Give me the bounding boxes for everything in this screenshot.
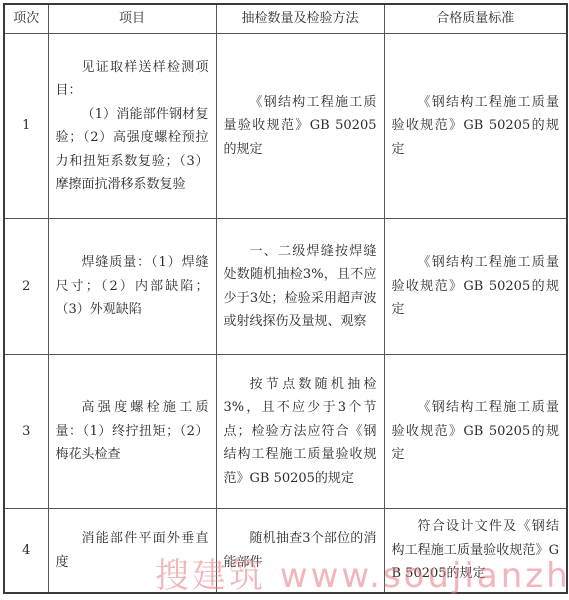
row-method: 随机抽查3个部位的消能部件 bbox=[216, 509, 384, 594]
standard-text: 符合设计文件及《钢结构工程施工质量验收规范》GB 50205的规定 bbox=[392, 515, 560, 586]
table-row: 2 焊缝质量：（1）焊缝尺寸；（2）内部缺陷；（3）外观缺陷 一、二级焊缝按焊缝… bbox=[4, 219, 567, 355]
item-paragraph: 见证取样送样检测项目： bbox=[56, 56, 209, 103]
row-standard: 《钢结构工程施工质量验收规范》GB 50205的规定 bbox=[384, 34, 567, 219]
row-method: 《钢结构工程施工质量验收规范》GB 50205的规定 bbox=[216, 34, 384, 219]
item-paragraph: 消能部件平面外垂直度 bbox=[56, 527, 209, 574]
row-standard: 《钢结构工程施工质量验收规范》GB 50205的规定 bbox=[384, 355, 567, 509]
row-number: 2 bbox=[4, 219, 48, 355]
method-text: 一、二级焊缝按焊缝处数随机抽检3%，且不应少于3处；检验采用超声波或射线探伤及量… bbox=[224, 240, 377, 334]
item-paragraph: （1）消能部件钢材复验；（2）高强度螺栓预拉力和扭矩系数复验；（3）摩擦面抗滑移… bbox=[56, 103, 209, 197]
table-row: 3 高强度螺栓施工质量：（1）终拧扭矩；（2）梅花头检查 按节点数随机抽检3%，… bbox=[4, 355, 567, 509]
row-item: 消能部件平面外垂直度 bbox=[48, 509, 216, 594]
header-item-no: 项次 bbox=[4, 4, 48, 34]
header-standard: 合格质量标准 bbox=[384, 4, 567, 34]
row-method: 按节点数随机抽检3%，且不应少于3个节点；检验方法应符合《钢结构工程施工质量验收… bbox=[216, 355, 384, 509]
inspection-standards-table: 项次 项目 抽检数量及检验方法 合格质量标准 1 见证取样送样检测项目： （1）… bbox=[3, 3, 568, 594]
item-paragraph: 焊缝质量：（1）焊缝尺寸；（2）内部缺陷；（3）外观缺陷 bbox=[56, 251, 209, 322]
method-text: 随机抽查3个部位的消能部件 bbox=[224, 527, 377, 574]
row-standard: 《钢结构工程施工质量验收规范》GB 50205的规定 bbox=[384, 219, 567, 355]
row-item: 焊缝质量：（1）焊缝尺寸；（2）内部缺陷；（3）外观缺陷 bbox=[48, 219, 216, 355]
table-header-row: 项次 项目 抽检数量及检验方法 合格质量标准 bbox=[4, 4, 567, 34]
row-item: 高强度螺栓施工质量：（1）终拧扭矩；（2）梅花头检查 bbox=[48, 355, 216, 509]
standard-text: 《钢结构工程施工质量验收规范》GB 50205的规定 bbox=[392, 91, 560, 162]
row-number: 1 bbox=[4, 34, 48, 219]
row-method: 一、二级焊缝按焊缝处数随机抽检3%，且不应少于3处；检验采用超声波或射线探伤及量… bbox=[216, 219, 384, 355]
item-paragraph: 高强度螺栓施工质量：（1）终拧扭矩；（2）梅花头检查 bbox=[56, 396, 209, 467]
table-row: 1 见证取样送样检测项目： （1）消能部件钢材复验；（2）高强度螺栓预拉力和扭矩… bbox=[4, 34, 567, 219]
method-text: 《钢结构工程施工质量验收规范》GB 50205的规定 bbox=[224, 91, 377, 162]
header-item: 项目 bbox=[48, 4, 216, 34]
method-text: 按节点数随机抽检3%，且不应少于3个节点；检验方法应符合《钢结构工程施工质量验收… bbox=[224, 373, 377, 491]
standard-text: 《钢结构工程施工质量验收规范》GB 50205的规定 bbox=[392, 251, 560, 322]
table-row: 4 消能部件平面外垂直度 随机抽查3个部位的消能部件 符合设计文件及《钢结构工程… bbox=[4, 509, 567, 594]
row-number: 4 bbox=[4, 509, 48, 594]
row-item: 见证取样送样检测项目： （1）消能部件钢材复验；（2）高强度螺栓预拉力和扭矩系数… bbox=[48, 34, 216, 219]
standard-text: 《钢结构工程施工质量验收规范》GB 50205的规定 bbox=[392, 396, 560, 467]
row-number: 3 bbox=[4, 355, 48, 509]
header-method: 抽检数量及检验方法 bbox=[216, 4, 384, 34]
row-standard: 符合设计文件及《钢结构工程施工质量验收规范》GB 50205的规定 bbox=[384, 509, 567, 594]
